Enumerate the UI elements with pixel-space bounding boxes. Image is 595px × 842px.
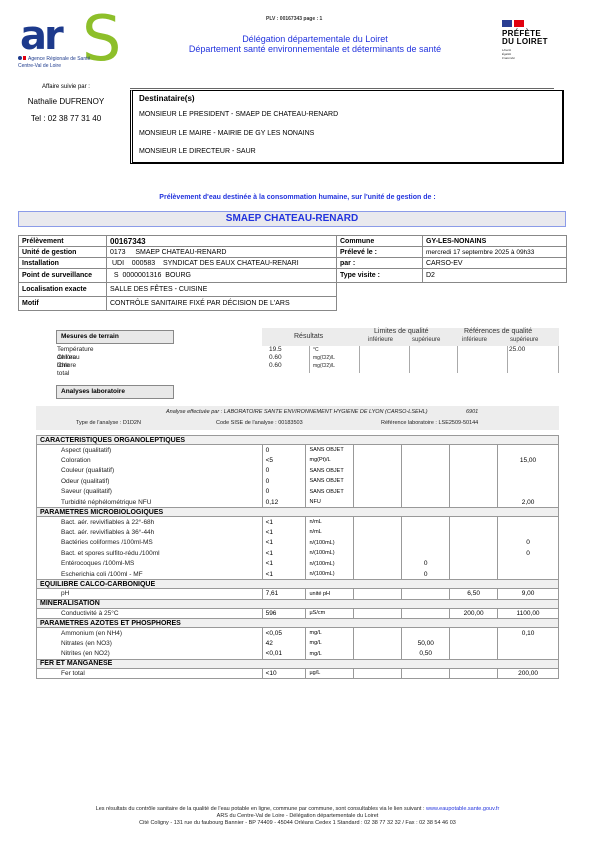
measure-unit: mg(Cl2)/L	[313, 354, 335, 362]
limit-sup	[402, 608, 450, 619]
plv-reference: PLV : 00167343 page : 1	[266, 16, 322, 22]
section-header-row: FER ET MANGANESE	[37, 659, 559, 668]
value-preleve-le: mercredi 17 septembre 2025 à 09h33	[423, 247, 567, 258]
limit-inf	[354, 569, 402, 580]
eaupotable-link[interactable]: www.eaupotable.sante.gouv.fr	[426, 806, 499, 812]
param-name: Entérocoques /100ml-MS	[37, 559, 263, 570]
param-unit: mg/L	[306, 628, 354, 639]
measure-value: 19.5	[269, 346, 282, 354]
ref-sup: 2,00	[498, 497, 559, 508]
label-prelevement: Prélèvement	[19, 236, 107, 247]
result-row: Fer total<10µg/L200,00	[37, 668, 559, 679]
management-unit-title: SMAEP CHATEAU-RENARD	[18, 211, 566, 227]
ref-inf: 200,00	[450, 608, 498, 619]
ref-inf	[450, 638, 498, 649]
limit-inf	[354, 628, 402, 639]
param-value: 7,61	[262, 589, 306, 600]
limit-sup: 0	[402, 569, 450, 580]
limit-inf	[354, 476, 402, 487]
limit-sup	[402, 487, 450, 498]
result-row: Saveur (qualitatif)0SANS OBJET	[37, 487, 559, 498]
result-row: Turbidité néphélométrique NFU0,12NFU2,00	[37, 497, 559, 508]
param-unit: mg/L	[306, 649, 354, 660]
limit-inf	[354, 608, 402, 619]
param-unit: n/(100mL)	[306, 538, 354, 549]
recipient-item: MONSIEUR LE MAIRE - MAIRIE DE GY LES NON…	[139, 125, 556, 144]
ref-sup: 15,00	[498, 455, 559, 466]
limit-inf	[354, 527, 402, 538]
limit-inf	[354, 538, 402, 549]
limit-sup: 0	[402, 559, 450, 570]
ref-inf	[450, 487, 498, 498]
section-title: EQUILIBRE CALCO-CARBONIQUE	[37, 580, 559, 589]
measures-header: Résultats Limites de qualité inférieure …	[262, 328, 559, 346]
limit-sup	[402, 628, 450, 639]
param-name: Coloration	[37, 455, 263, 466]
dot-icon	[18, 56, 22, 60]
sampling-intro: Prélèvement d'eau destinée à la consomma…	[0, 194, 595, 201]
lab-results-table: CARACTERISTIQUES ORGANOLEPTIQUESAspect (…	[36, 435, 559, 679]
param-unit: NFU	[306, 497, 354, 508]
ref-inf	[450, 517, 498, 528]
recipients-box: Destinataire(s) MONSIEUR LE PRESIDENT - …	[130, 90, 564, 164]
param-name: Couleur (qualitatif)	[37, 466, 263, 477]
ref-sup: 9,00	[498, 589, 559, 600]
ref-sup: 1100,00	[498, 608, 559, 619]
ref-sup	[498, 559, 559, 570]
limit-sup	[402, 455, 450, 466]
limit-inf	[354, 487, 402, 498]
limit-inf	[354, 649, 402, 660]
label-unite: Unité de gestion	[19, 247, 107, 258]
ref-sup	[498, 527, 559, 538]
result-row: Ammonium (en NH4)<0,05mg/L0,10	[37, 628, 559, 639]
limit-inf	[354, 445, 402, 456]
limit-sup	[402, 476, 450, 487]
measure-name: Chlore total	[57, 362, 76, 378]
limit-sup	[402, 445, 450, 456]
ref-inf	[450, 559, 498, 570]
result-row: Aspect (qualitatif)0SANS OBJET	[37, 445, 559, 456]
param-value: <10	[262, 668, 306, 679]
recipient-item: MONSIEUR LE DIRECTEUR - SAUR	[139, 143, 556, 162]
prefecture-logo: PRÉFÈTE DU LOIRET Liberté Égalité Frater…	[502, 20, 562, 60]
param-value: <1	[262, 559, 306, 570]
limit-sup: 0,50	[402, 649, 450, 660]
param-unit: µg/L	[306, 668, 354, 679]
param-name: Bactéries coliformes /100ml-MS	[37, 538, 263, 549]
label-point: Point de surveillance	[19, 269, 107, 283]
result-row: Nitrites (en NO2)<0,01mg/L0,50	[37, 649, 559, 660]
ref-inf	[450, 668, 498, 679]
limit-inf	[354, 517, 402, 528]
result-row: Nitrates (en NO3)42mg/L50,00	[37, 638, 559, 649]
result-row: Bact. et spores sulfito-rédu./100ml<1n/(…	[37, 548, 559, 559]
value-motif: CONTRÔLE SANITAIRE FIXÉ PAR DÉCISION DE …	[107, 297, 337, 311]
header-title: Délégation départementale du Loiret Dépa…	[150, 34, 480, 54]
limit-sup	[402, 538, 450, 549]
param-value: <1	[262, 569, 306, 580]
ref-sup: 0	[498, 538, 559, 549]
param-value: <1	[262, 538, 306, 549]
limit-inf	[354, 668, 402, 679]
value-unite: 0173 SMAEP CHATEAU-RENARD	[107, 247, 337, 258]
value-prelevement: 00167343	[107, 236, 337, 247]
ref-inf	[450, 476, 498, 487]
limit-inf	[354, 638, 402, 649]
ars-logo-letters: ar	[20, 16, 61, 56]
limit-sup	[402, 548, 450, 559]
republic-motto: Liberté Égalité Fraternité	[502, 48, 562, 60]
measure-value: 0.60	[269, 362, 282, 370]
result-row: pH7,61unité pH6,509,00	[37, 589, 559, 600]
ars-logo: ar S Agence Régionale de Santé Centre-Va…	[18, 14, 128, 72]
recipient-item: MONSIEUR LE PRESIDENT - SMAEP DE CHATEAU…	[139, 106, 556, 125]
param-name: Nitrites (en NO2)	[37, 649, 263, 660]
ref-sup	[498, 445, 559, 456]
ref-sup	[498, 517, 559, 528]
param-name: Fer total	[37, 668, 263, 679]
result-row: Bact. aér. revivifiables à 22°-68h<1n/mL	[37, 517, 559, 528]
param-name: Nitrates (en NO3)	[37, 638, 263, 649]
limit-sup	[402, 668, 450, 679]
ref-inf: 6,50	[450, 589, 498, 600]
limit-sup	[402, 589, 450, 600]
param-value: <1	[262, 517, 306, 528]
param-name: Odeur (qualitatif)	[37, 476, 263, 487]
ref-sup	[498, 569, 559, 580]
ref-inf	[450, 466, 498, 477]
param-name: Conductivité à 25°C	[37, 608, 263, 619]
measure-ref-sup: 25.00	[509, 346, 525, 354]
section-title: MINERALISATION	[37, 599, 559, 608]
param-value: 0,12	[262, 497, 306, 508]
result-row: Bactéries coliformes /100ml-MS<1n/(100mL…	[37, 538, 559, 549]
param-unit: SANS OBJET	[306, 466, 354, 477]
ref-sup: 200,00	[498, 668, 559, 679]
param-value: <5	[262, 455, 306, 466]
param-unit: n/mL	[306, 527, 354, 538]
param-value: 0	[262, 476, 306, 487]
param-unit: n/mL	[306, 517, 354, 528]
limit-inf	[354, 589, 402, 600]
ref-sup: 0	[498, 548, 559, 559]
contact-label: Affaire suivie par :	[18, 84, 114, 90]
param-value: <1	[262, 548, 306, 559]
param-unit: n/(100mL)	[306, 569, 354, 580]
label-par: par :	[337, 258, 423, 269]
ars-logo-subtitle: Agence Régionale de Santé Centre-Val de …	[18, 56, 98, 70]
result-row: Conductivité à 25°C596µS/cm200,001100,00	[37, 608, 559, 619]
ref-sup	[498, 487, 559, 498]
ref-inf	[450, 569, 498, 580]
result-row: Entérocoques /100ml-MS<1n/(100mL)0	[37, 559, 559, 570]
param-unit: mg/L	[306, 638, 354, 649]
param-unit: mg(Pt)/L	[306, 455, 354, 466]
result-row: Couleur (qualitatif)0SANS OBJET	[37, 466, 559, 477]
param-name: Saveur (qualitatif)	[37, 487, 263, 498]
param-name: Aspect (qualitatif)	[37, 445, 263, 456]
param-name: Escherichia coli /100ml - MF	[37, 569, 263, 580]
section-header-row: MINERALISATION	[37, 599, 559, 608]
label-localisation: Localisation exacte	[19, 283, 107, 297]
limit-inf	[354, 455, 402, 466]
ref-inf	[450, 538, 498, 549]
value-point: S 0000001316 BOURG	[107, 269, 337, 283]
param-name: Ammonium (en NH4)	[37, 628, 263, 639]
param-value: <1	[262, 527, 306, 538]
footer: Les résultats du contrôle sanitaire de l…	[0, 806, 595, 827]
section-header-row: PARAMETRES AZOTES ET PHOSPHORES	[37, 619, 559, 628]
param-value: 0	[262, 445, 306, 456]
ref-sup	[498, 649, 559, 660]
value-par: CARSO-EV	[423, 258, 567, 269]
value-commune: GY-LES-NONAINS	[423, 236, 567, 247]
section-title: FER ET MANGANESE	[37, 659, 559, 668]
param-unit: SANS OBJET	[306, 476, 354, 487]
recipients-title: Destinataire(s)	[139, 94, 556, 103]
param-value: <0,05	[262, 628, 306, 639]
param-unit: n/(100mL)	[306, 559, 354, 570]
measure-unit: mg(Cl2)/L	[313, 362, 335, 370]
param-value: <0,01	[262, 649, 306, 660]
param-name: Bact. aér. revivifiables à 36°-44h	[37, 527, 263, 538]
param-unit: n/(100mL)	[306, 548, 354, 559]
param-unit: SANS OBJET	[306, 487, 354, 498]
lab-analyses-title: Analyses laboratoire	[56, 385, 174, 399]
section-header-row: EQUILIBRE CALCO-CARBONIQUE	[37, 580, 559, 589]
ref-inf	[450, 445, 498, 456]
value-type-visite: D2	[423, 269, 567, 283]
divider	[130, 88, 554, 89]
limit-inf	[354, 548, 402, 559]
sample-info-table: Prélèvement 00167343 Commune GY-LES-NONA…	[18, 235, 567, 311]
param-name: Turbidité néphélométrique NFU	[37, 497, 263, 508]
result-row: Bact. aér. revivifiables à 36°-44h<1n/mL	[37, 527, 559, 538]
limit-sup: 50,00	[402, 638, 450, 649]
label-type-visite: Type visite :	[337, 269, 423, 283]
contact-block: Affaire suivie par : Nathalie DUFRENOY T…	[18, 84, 114, 123]
limit-inf	[354, 559, 402, 570]
measure-value: 0.60	[269, 354, 282, 362]
ref-sup	[498, 638, 559, 649]
ref-sup: 0,10	[498, 628, 559, 639]
ref-inf	[450, 628, 498, 639]
result-row: Odeur (qualitatif)0SANS OBJET	[37, 476, 559, 487]
section-title: PARAMETRES MICROBIOLOGIQUES	[37, 508, 559, 517]
limit-sup	[402, 527, 450, 538]
value-localisation: SALLE DES FÊTES - CUISINE	[107, 283, 337, 297]
ref-inf	[450, 649, 498, 660]
ref-sup	[498, 466, 559, 477]
result-row: Coloration<5mg(Pt)/L15,00	[37, 455, 559, 466]
ref-inf	[450, 527, 498, 538]
param-value: 42	[262, 638, 306, 649]
param-unit: µS/cm	[306, 608, 354, 619]
ref-inf	[450, 455, 498, 466]
limit-sup	[402, 466, 450, 477]
param-unit: unité pH	[306, 589, 354, 600]
section-title: CARACTERISTIQUES ORGANOLEPTIQUES	[37, 436, 559, 445]
label-installation: Installation	[19, 258, 107, 269]
field-measures-title: Mesures de terrain	[56, 330, 174, 344]
param-name: Bact. aér. revivifiables à 22°-68h	[37, 517, 263, 528]
param-unit: SANS OBJET	[306, 445, 354, 456]
limit-sup	[402, 517, 450, 528]
limit-inf	[354, 466, 402, 477]
param-name: pH	[37, 589, 263, 600]
ref-inf	[450, 497, 498, 508]
limit-sup	[402, 497, 450, 508]
contact-name: Nathalie DUFRENOY	[18, 97, 114, 106]
measure-unit: °C	[313, 346, 319, 354]
value-installation: UDI 000583 SYNDICAT DES EAUX CHATEAU-REN…	[107, 258, 337, 269]
section-header-row: PARAMETRES MICROBIOLOGIQUES	[37, 508, 559, 517]
label-preleve-le: Prélevé le :	[337, 247, 423, 258]
param-value: 0	[262, 487, 306, 498]
label-motif: Motif	[19, 297, 107, 311]
param-value: 0	[262, 466, 306, 477]
lab-info-box: Analyse effectuée par : LABORATOIRE SANT…	[36, 406, 559, 430]
param-value: 596	[262, 608, 306, 619]
label-commune: Commune	[337, 236, 423, 247]
section-title: PARAMETRES AZOTES ET PHOSPHORES	[37, 619, 559, 628]
ref-inf	[450, 548, 498, 559]
ref-sup	[498, 476, 559, 487]
param-name: Bact. et spores sulfito-rédu./100ml	[37, 548, 263, 559]
contact-phone: Tel : 02 38 77 31 40	[18, 114, 114, 123]
result-row: Escherichia coli /100ml - MF<1n/(100mL)0	[37, 569, 559, 580]
french-flag-icon	[502, 20, 524, 27]
limit-inf	[354, 497, 402, 508]
section-header-row: CARACTERISTIQUES ORGANOLEPTIQUES	[37, 436, 559, 445]
flag-icon	[23, 56, 26, 60]
